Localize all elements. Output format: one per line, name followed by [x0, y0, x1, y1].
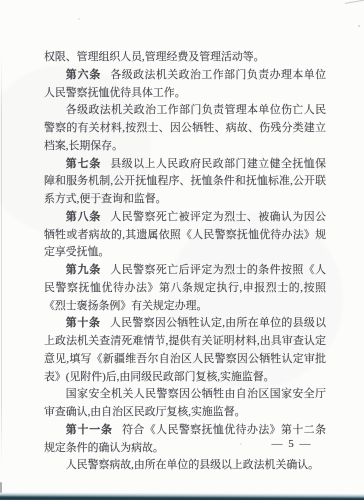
paragraph-text: 权限、管理组织人员,管理经费及管理活动等。 [44, 51, 265, 63]
paragraph: 第十条人民警察因公牺牲认定,由所在单位的县级以上政法机关查清死难情节,提供有关证… [44, 315, 326, 386]
article-number: 第九条 [66, 264, 111, 276]
paragraph: 第六条各级政法机关政治工作部门负责办理本单位人民警察抚恤优待具体工作。 [44, 67, 326, 103]
article-number: 第七条 [66, 158, 111, 170]
page-number: — 5 — [272, 438, 313, 450]
paragraph: 人民警察病故,由所在单位的县级以上政法机关确认。 [44, 457, 326, 475]
article-number: 第六条 [66, 69, 111, 81]
paragraph-text: 各级政法机关政治工作部门负责管理本单位伤亡人民警察的有关材料,按烈士、因公牺牲、… [44, 104, 326, 152]
paragraph-text: 国家安全机关人民警察因公牺牲由自治区国家安全厅审查确认,由自治区民政厅复核,实施… [44, 388, 326, 418]
paragraph-text: 人民警察病故,由所在单位的县级以上政法机关确认。 [66, 459, 319, 471]
article-number: 第十条 [66, 317, 110, 329]
paragraph: 国家安全机关人民警察因公牺牲由自治区国家安全厅审查确认,由自治区民政厅复核,实施… [44, 386, 326, 422]
scan-speck [358, 25, 360, 27]
paper-background: 权限、管理组织人员,管理经费及管理活动等。第六条各级政法机关政治工作部门负责办理… [0, 0, 364, 500]
paragraph: 各级政法机关政治工作部门负责管理本单位伤亡人民警察的有关材料,按烈士、因公牺牲、… [44, 102, 326, 155]
paragraph: 权限、管理组织人员,管理经费及管理活动等。 [44, 49, 326, 67]
page-left-edge-line [1, 55, 2, 465]
document-body: 权限、管理组织人员,管理经费及管理活动等。第六条各级政法机关政治工作部门负责办理… [44, 49, 326, 475]
scan-speck [78, 18, 80, 20]
paragraph: 第九条人民警察死亡后评定为烈士的条件按照《人民警察抚恤优待办法》第八条规定执行,… [44, 262, 326, 315]
paragraph: 第八条人民警察死亡被评定为烈士、被确认为因公牺牲或者病故的,其遗属依照《人民警察… [44, 209, 326, 262]
scanner-bottom-strip [0, 492, 364, 500]
scanned-document-screenshot: { "document": { "kind": "scanned legal d… [0, 0, 364, 500]
article-number: 第十一条 [66, 424, 122, 436]
paragraph: 第七条县级以上人民政府民政部门建立健全抚恤保障和服务机制,公开抚恤程序、抚恤条件… [44, 156, 326, 209]
article-number: 第八条 [66, 211, 111, 223]
scan-corner-artifact [345, 0, 364, 4]
